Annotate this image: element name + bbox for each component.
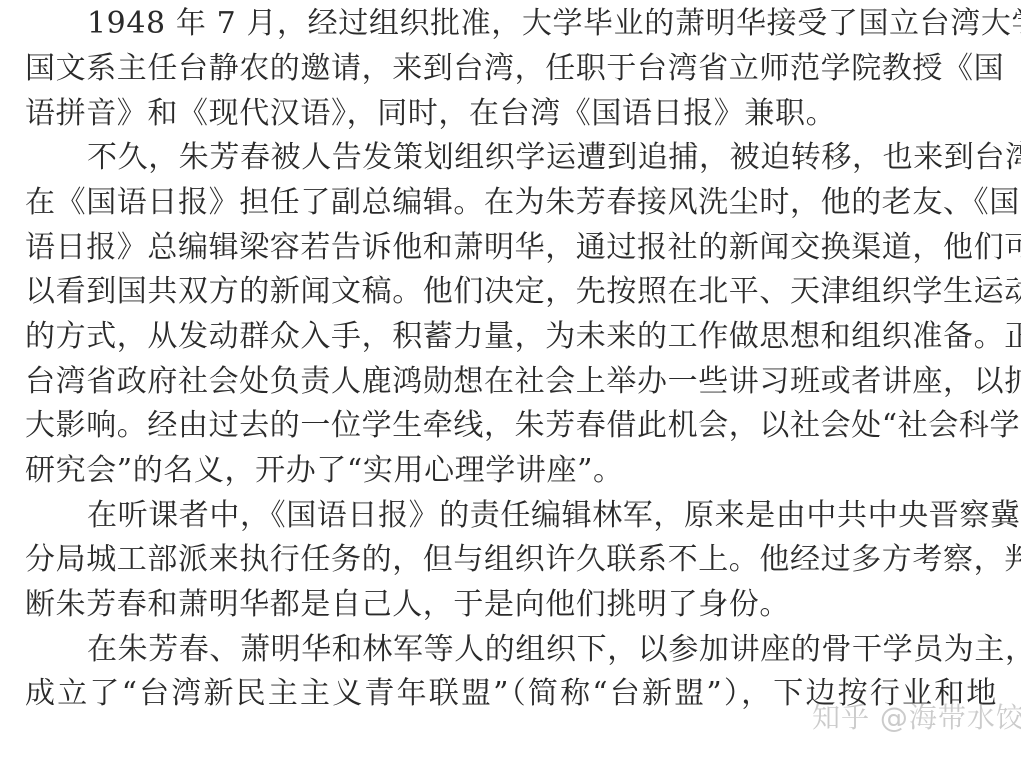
text-line: 的方式，从发动群众入手，积蓄力量，为未来的工作做思想和组织准备。正好，	[25, 315, 997, 359]
text-line: 在听课者中，《国语日报》的责任编辑林军，原来是由中共中央晋察冀	[87, 494, 997, 538]
text-line: 断朱芳春和萧明华都是自己人，于是向他们挑明了身份。	[25, 583, 997, 627]
text-line: 1948 年 7 月，经过组织批准，大学毕业的萧明华接受了国立台湾大学	[87, 2, 997, 46]
text-line: 国文系主任台静农的邀请，来到台湾，任职于台湾省立师范学院教授《国	[25, 47, 997, 91]
text-line: 语拼音》和《现代汉语》，同时，在台湾《国语日报》兼职。	[25, 92, 997, 136]
text-line: 在朱芳春、萧明华和林军等人的组织下，以参加讲座的骨干学员为主，	[87, 628, 997, 672]
text-line: 研究会”的名义，开办了“实用心理学讲座”。	[25, 449, 997, 493]
text-line: 不久，朱芳春被人告发策划组织学运遭到追捕，被迫转移，也来到台湾，	[87, 136, 997, 180]
text-line: 大影响。经由过去的一位学生牵线，朱芳春借此机会，以社会处“社会科学	[25, 404, 997, 448]
text-line: 台湾省政府社会处负责人鹿鸿勋想在社会上举办一些讲习班或者讲座，以扩	[25, 360, 997, 404]
text-line: 在《国语日报》担任了副总编辑。在为朱芳春接风洗尘时，他的老友、《国	[25, 181, 997, 225]
watermark: 知乎 @海带水饺	[812, 696, 1021, 736]
text-line: 以看到国共双方的新闻文稿。他们决定，先按照在北平、天津组织学生运动	[25, 270, 997, 314]
text-line: 分局城工部派来执行任务的，但与组织许久联系不上。他经过多方考察，判	[25, 538, 997, 582]
text-line: 语日报》总编辑梁容若告诉他和萧明华，通过报社的新闻交换渠道，他们可	[25, 226, 997, 270]
